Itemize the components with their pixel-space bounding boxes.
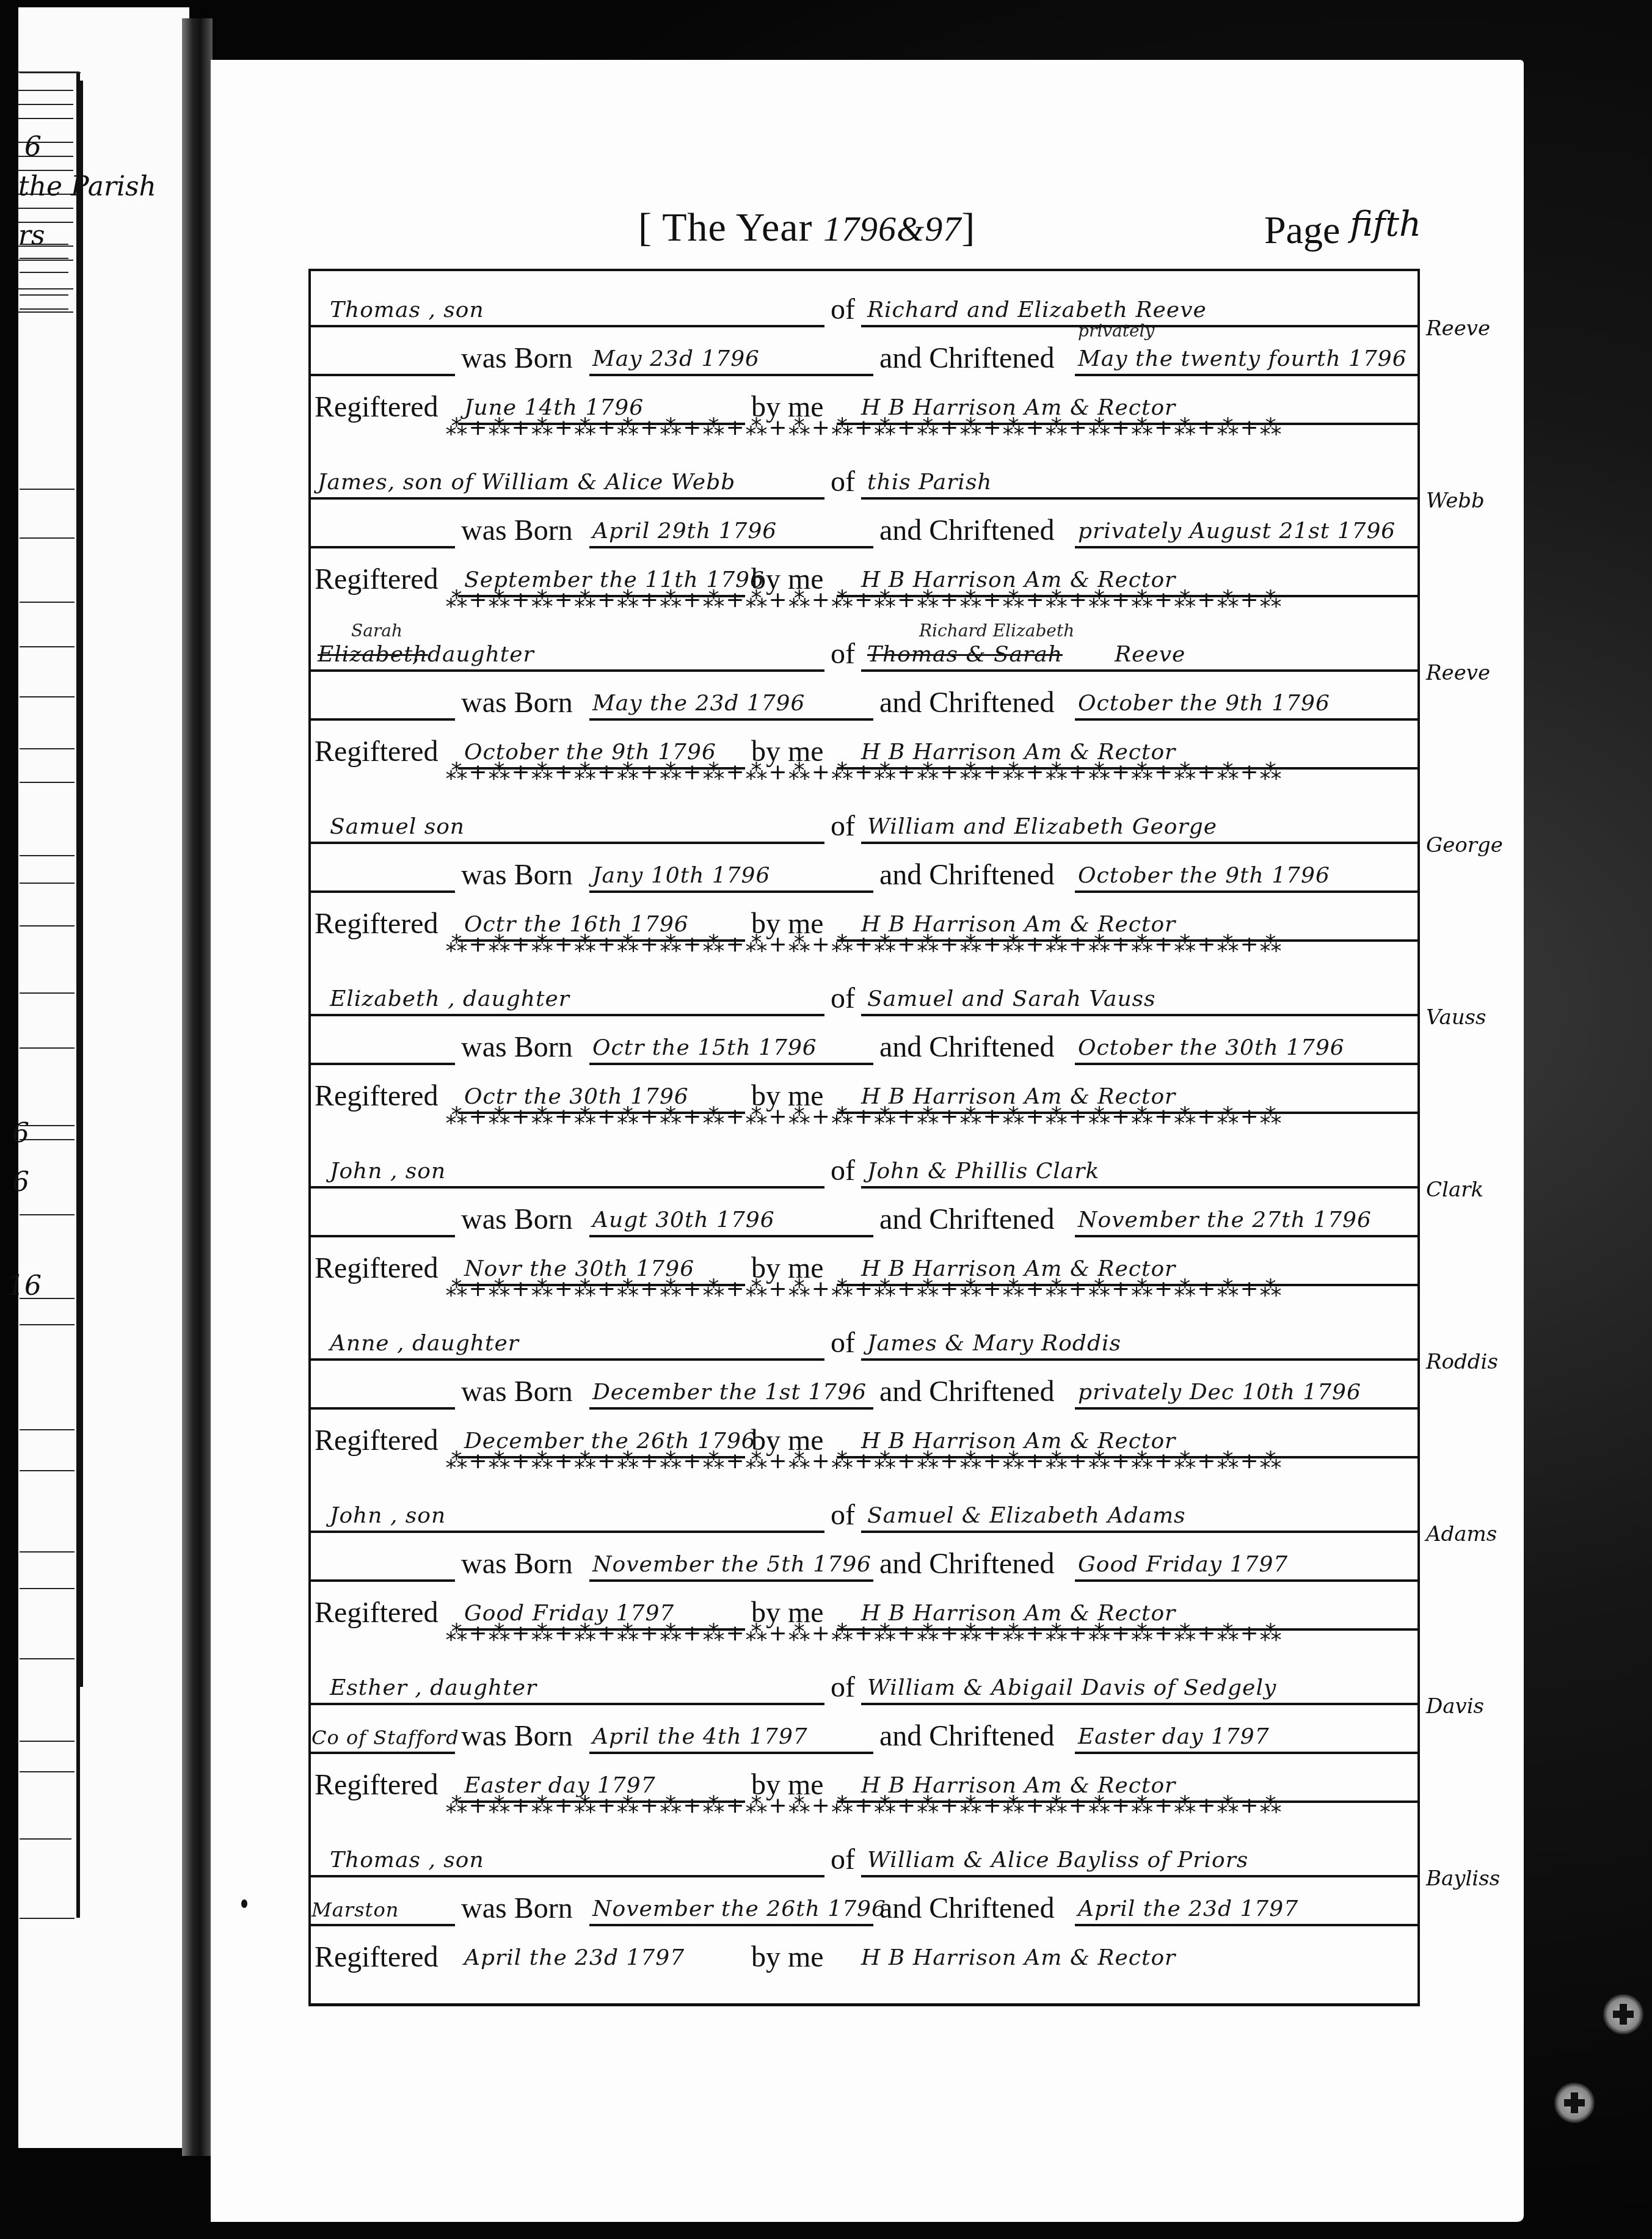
christening-date: October the 30th 1796 xyxy=(1078,1035,1345,1060)
parents-names: Richard and Elizabeth Reeve xyxy=(867,297,1207,322)
christening-date: privately August 21st 1796 xyxy=(1078,519,1395,544)
parents-correction: Richard Elizabeth xyxy=(919,621,1074,641)
register-entry: Sarah Elizabeth , daughter of Richard El… xyxy=(308,613,1420,785)
parents-names: John & Phillis Clark xyxy=(867,1159,1099,1184)
was-born-label: was Born xyxy=(461,1547,573,1581)
was-born-label: was Born xyxy=(461,858,573,892)
christening-date: October the 9th 1796 xyxy=(1078,691,1330,716)
was-born-label: was Born xyxy=(461,1375,573,1408)
was-born-label: was Born xyxy=(461,1030,573,1064)
child-name: , daughter xyxy=(412,642,534,667)
register-entry: Elizabeth , daughter of Samuel and Sarah… xyxy=(308,958,1420,1130)
entry-name-row: Thomas , son of Richard and Elizabeth Re… xyxy=(308,281,1420,330)
child-name-struck: Elizabeth xyxy=(318,642,428,667)
birth-date: Octr the 15th 1796 xyxy=(592,1035,817,1060)
register-entry: Esther , daughter of William & Abigail D… xyxy=(308,1647,1420,1819)
parents-names: Samuel & Elizabeth Adams xyxy=(867,1503,1186,1528)
margin-surname: Roddis xyxy=(1426,1350,1498,1374)
parents-names: William and Elizabeth George xyxy=(867,814,1217,839)
birth-date: Jany 10th 1796 xyxy=(592,863,770,888)
ornament-divider: ⁂+⁂+⁂+⁂+⁂+⁂+⁂+⁂+⁂+⁂+⁂+⁂+⁂+⁂+⁂+⁂+⁂+⁂+⁂+⁂ xyxy=(308,932,1420,957)
parents-underline xyxy=(861,669,1420,672)
parents-underline xyxy=(861,1014,1420,1016)
entry-name-row: Samuel son of William and Elizabeth Geor… xyxy=(308,798,1420,846)
birth-date-underline xyxy=(589,546,873,548)
register-entry: Samuel son of William and Elizabeth Geor… xyxy=(308,785,1420,958)
entry-registration-row: Regiftered April the 23d 1797 by me H B … xyxy=(308,1929,1420,1978)
prefix-underline xyxy=(308,374,455,376)
page-title: [ The Year 1796&97] xyxy=(638,205,975,251)
child-name-underline xyxy=(308,325,824,327)
binding-screw-icon xyxy=(1554,2083,1595,2123)
of-label: of xyxy=(831,293,855,326)
bracket-open: [ xyxy=(638,205,652,250)
entry-birth-row: Co of Stafford was Born April the 4th 17… xyxy=(308,1708,1420,1757)
left-page-note: 6 xyxy=(12,1167,29,1198)
bracket-close: ] xyxy=(961,205,975,250)
left-page-vertical-rule xyxy=(76,73,80,1918)
child-name-underline xyxy=(308,1014,824,1016)
was-born-label: was Born xyxy=(461,341,573,375)
was-born-label: was Born xyxy=(461,1891,573,1925)
child-name: Thomas , son xyxy=(330,1848,484,1873)
birth-date-underline xyxy=(589,1407,873,1410)
entry-name-row: James, son of William & Alice Webb of th… xyxy=(308,453,1420,502)
entry-name-row: Sarah Elizabeth , daughter of Richard El… xyxy=(308,625,1420,674)
christened-label: and Chriftened xyxy=(879,1547,1055,1581)
margin-surname: Reeve xyxy=(1426,316,1490,341)
of-label: of xyxy=(831,465,855,498)
entry-name-row: Anne , daughter of James & Mary Roddis xyxy=(308,1314,1420,1363)
entry-name-row: John , son of John & Phillis Clark xyxy=(308,1142,1420,1191)
christening-date-underline xyxy=(1075,1752,1420,1754)
left-page-note: the Parish xyxy=(18,171,156,202)
christened-label: and Chriftened xyxy=(879,1375,1055,1408)
child-name: John , son xyxy=(330,1159,446,1184)
child-name: Anne , daughter xyxy=(330,1331,519,1356)
was-born-label: was Born xyxy=(461,1719,573,1753)
entry-birth-row: was Born November the 5th 1796 and Chrif… xyxy=(308,1535,1420,1584)
ornament-divider: ⁂+⁂+⁂+⁂+⁂+⁂+⁂+⁂+⁂+⁂+⁂+⁂+⁂+⁂+⁂+⁂+⁂+⁂+⁂+⁂ xyxy=(308,1793,1420,1818)
birth-date-underline xyxy=(589,718,873,721)
christening-date-underline xyxy=(1075,1407,1420,1410)
birth-date-underline xyxy=(589,890,873,893)
child-name-underline xyxy=(308,1531,824,1533)
register-entry: Thomas , son of Richard and Elizabeth Re… xyxy=(308,269,1420,441)
child-name-underline xyxy=(308,1358,824,1361)
entry-name-row: John , son of Samuel & Elizabeth Adams xyxy=(308,1487,1420,1535)
left-page-note: 6 xyxy=(24,131,42,162)
title-prefix: The Year xyxy=(662,205,812,250)
birth-date: April the 4th 1797 xyxy=(592,1724,808,1749)
prefix-underline xyxy=(308,1407,455,1410)
child-name: Samuel son xyxy=(330,814,465,839)
left-page-rule xyxy=(18,260,73,261)
parents-surname: Reeve xyxy=(1115,642,1185,667)
christened-label: and Chriftened xyxy=(879,341,1055,375)
by-me-label: by me xyxy=(751,1940,824,1974)
entry-birth-row: was Born Augt 30th 1796 and Chriftened N… xyxy=(308,1191,1420,1240)
entry-birth-row: was Born December the 1st 1796 and Chrif… xyxy=(308,1363,1420,1412)
of-label: of xyxy=(831,1154,855,1187)
christening-date: Easter day 1797 xyxy=(1078,1724,1270,1749)
ornament-divider: ⁂+⁂+⁂+⁂+⁂+⁂+⁂+⁂+⁂+⁂+⁂+⁂+⁂+⁂+⁂+⁂+⁂+⁂+⁂+⁂ xyxy=(308,415,1420,440)
entry-birth-row: was Born Jany 10th 1796 and Chriftened O… xyxy=(308,846,1420,895)
christened-label: and Chriftened xyxy=(879,514,1055,547)
facing-page-left xyxy=(18,7,189,2148)
parents-underline xyxy=(861,1358,1420,1361)
of-label: of xyxy=(831,809,855,843)
christened-label: and Chriftened xyxy=(879,1030,1055,1064)
was-born-label: was Born xyxy=(461,686,573,719)
margin-surname: George xyxy=(1426,833,1503,857)
of-label: of xyxy=(831,981,855,1015)
christening-date: November the 27th 1796 xyxy=(1078,1207,1372,1232)
registration-date: April the 23d 1797 xyxy=(464,1945,685,1970)
christening-date: privately Dec 10th 1796 xyxy=(1078,1380,1361,1405)
birth-date: November the 5th 1796 xyxy=(592,1552,871,1577)
prefix-underline xyxy=(308,1924,455,1926)
left-page-note: 6 xyxy=(12,1118,29,1149)
christened-label: and Chriftened xyxy=(879,858,1055,892)
christening-date-underline xyxy=(1075,718,1420,721)
entry-birth-row: was Born Octr the 15th 1796 and Chriften… xyxy=(308,1019,1420,1068)
was-born-label: was Born xyxy=(461,1203,573,1236)
birth-date: May the 23d 1796 xyxy=(592,691,805,716)
christening-date-underline xyxy=(1075,374,1420,376)
entry-name-row: Elizabeth , daughter of Samuel and Sarah… xyxy=(308,970,1420,1019)
margin-surname: Bayliss xyxy=(1426,1866,1500,1891)
entry-birth-row: was Born April 29th 1796 and Chriftened … xyxy=(308,502,1420,551)
page-value: fifth xyxy=(1350,205,1421,244)
parents-names: Samuel and Sarah Vauss xyxy=(867,986,1156,1011)
parents-underline xyxy=(861,1186,1420,1189)
christened-label: and Chriftened xyxy=(879,1203,1055,1236)
prefix-underline xyxy=(308,1063,455,1065)
parents-underline xyxy=(861,1531,1420,1533)
child-name-underline xyxy=(308,1875,824,1877)
christened-label: and Chriftened xyxy=(879,1891,1055,1925)
parents-underline xyxy=(861,1875,1420,1877)
margin-surname: Clark xyxy=(1426,1178,1483,1202)
margin-surname: Vauss xyxy=(1426,1005,1486,1030)
was-born-label: was Born xyxy=(461,514,573,547)
of-label: of xyxy=(831,1670,855,1704)
entry-birth-row: Marston was Born November the 26th 1796 … xyxy=(308,1880,1420,1929)
parents-names: William & Abigail Davis of Sedgely xyxy=(867,1675,1276,1700)
parents-names: William & Alice Bayliss of Priors xyxy=(867,1848,1248,1873)
birth-date-underline xyxy=(589,1063,873,1065)
margin-surname: Webb xyxy=(1426,489,1485,513)
christening-date: October the 9th 1796 xyxy=(1078,863,1330,888)
child-name: John , son xyxy=(330,1503,446,1528)
child-name-underline xyxy=(308,669,824,672)
register-entry: Anne , daughter of James & Mary Roddis w… xyxy=(308,1302,1420,1474)
child-name-underline xyxy=(308,1703,824,1705)
entry-name-row: Thomas , son of William & Alice Bayliss … xyxy=(308,1831,1420,1880)
birth-date: May 23d 1796 xyxy=(592,346,760,371)
entry-birth-row: was Born May the 23d 1796 and Chriftened… xyxy=(308,674,1420,723)
prefix-underline xyxy=(308,890,455,893)
ornament-divider: ⁂+⁂+⁂+⁂+⁂+⁂+⁂+⁂+⁂+⁂+⁂+⁂+⁂+⁂+⁂+⁂+⁂+⁂+⁂+⁂ xyxy=(308,1449,1420,1474)
page-label: Page xyxy=(1264,208,1340,252)
birth-date-underline xyxy=(589,1924,873,1926)
ornament-divider: ⁂+⁂+⁂+⁂+⁂+⁂+⁂+⁂+⁂+⁂+⁂+⁂+⁂+⁂+⁂+⁂+⁂+⁂+⁂+⁂ xyxy=(308,1276,1420,1302)
child-name-correction: Sarah xyxy=(351,621,402,641)
christening-date-underline xyxy=(1075,1063,1420,1065)
left-page-note: 16 xyxy=(7,1270,42,1302)
child-name: Esther , daughter xyxy=(330,1675,537,1700)
ornament-divider: ⁂+⁂+⁂+⁂+⁂+⁂+⁂+⁂+⁂+⁂+⁂+⁂+⁂+⁂+⁂+⁂+⁂+⁂+⁂+⁂ xyxy=(308,760,1420,785)
child-name-underline xyxy=(308,1186,824,1189)
register-entry: John , son of Samuel & Elizabeth Adams w… xyxy=(308,1474,1420,1647)
left-page-note: rs xyxy=(18,220,45,251)
left-page-rule xyxy=(18,311,73,313)
birth-date-underline xyxy=(589,1579,873,1582)
of-label: of xyxy=(831,1326,855,1360)
birth-date-underline xyxy=(589,1752,873,1754)
parents-underline xyxy=(861,497,1420,500)
born-place-prefix: Co of Stafford xyxy=(311,1726,459,1749)
registrar-signature: H B Harrison Am & Rector xyxy=(861,1945,1176,1970)
ornament-divider: ⁂+⁂+⁂+⁂+⁂+⁂+⁂+⁂+⁂+⁂+⁂+⁂+⁂+⁂+⁂+⁂+⁂+⁂+⁂+⁂ xyxy=(308,1104,1420,1129)
christening-date: May the twenty fourth 1796 xyxy=(1078,346,1407,371)
christening-date-underline xyxy=(1075,546,1420,548)
of-label: of xyxy=(831,1498,855,1532)
prefix-underline xyxy=(308,718,455,721)
left-page-rule xyxy=(18,288,73,289)
birth-date: November the 26th 1796 xyxy=(592,1896,886,1921)
register-entry: Thomas , son of William & Alice Bayliss … xyxy=(308,1819,1420,1991)
birth-date-underline xyxy=(589,374,873,376)
prefix-underline xyxy=(308,1235,455,1237)
parents-underline xyxy=(861,842,1420,844)
of-label: of xyxy=(831,1843,855,1876)
christening-date-underline xyxy=(1075,890,1420,893)
book-gutter xyxy=(182,18,213,2156)
prefix-underline xyxy=(308,1752,455,1754)
christening-date: Good Friday 1797 xyxy=(1078,1552,1288,1577)
registered-label: Regiftered xyxy=(315,1940,438,1974)
of-label: of xyxy=(831,637,855,671)
binding-screw-icon xyxy=(1603,1994,1643,2034)
margin-surname: Davis xyxy=(1426,1694,1484,1719)
entry-name-row: Esther , daughter of William & Abigail D… xyxy=(308,1659,1420,1708)
parents-names: this Parish xyxy=(867,470,992,495)
parents-underline xyxy=(861,1703,1420,1705)
christening-date-underline xyxy=(1075,1235,1420,1237)
child-name: Elizabeth , daughter xyxy=(330,986,570,1011)
ink-speck xyxy=(241,1899,247,1908)
child-name-underline xyxy=(308,497,824,500)
parents-names: James & Mary Roddis xyxy=(867,1331,1121,1356)
birth-date: Augt 30th 1796 xyxy=(592,1207,775,1232)
birth-date: December the 1st 1796 xyxy=(592,1380,867,1405)
page-number: Page fifth xyxy=(1264,208,1421,253)
entry-birth-row: was Born May 23d 1796 and Chriftened pri… xyxy=(308,330,1420,379)
christening-date-underline xyxy=(1075,1924,1420,1926)
margin-surname: Reeve xyxy=(1426,661,1490,685)
child-name-underline xyxy=(308,842,824,844)
christening-date-underline xyxy=(1075,1579,1420,1582)
child-name: Thomas , son xyxy=(330,297,484,322)
christening-date: April the 23d 1797 xyxy=(1078,1896,1298,1921)
birth-date: April 29th 1796 xyxy=(592,519,777,544)
prefix-underline xyxy=(308,1579,455,1582)
child-name: James, son of William & Alice Webb xyxy=(318,470,735,495)
register-entry: John , son of John & Phillis Clark was B… xyxy=(308,1130,1420,1302)
birth-date-underline xyxy=(589,1235,873,1237)
title-year: 1796&97 xyxy=(823,209,961,249)
ornament-divider: ⁂+⁂+⁂+⁂+⁂+⁂+⁂+⁂+⁂+⁂+⁂+⁂+⁂+⁂+⁂+⁂+⁂+⁂+⁂+⁂ xyxy=(308,588,1420,613)
christened-note: privately xyxy=(1078,321,1154,341)
prefix-underline xyxy=(308,546,455,548)
margin-surname: Adams xyxy=(1426,1522,1497,1546)
christened-label: and Chriftened xyxy=(879,686,1055,719)
register-entry: James, son of William & Alice Webb of th… xyxy=(308,441,1420,613)
born-place-prefix: Marston xyxy=(311,1898,399,1921)
parents-struck: Thomas & Sarah xyxy=(867,642,1063,667)
ornament-divider: ⁂+⁂+⁂+⁂+⁂+⁂+⁂+⁂+⁂+⁂+⁂+⁂+⁂+⁂+⁂+⁂+⁂+⁂+⁂+⁂ xyxy=(308,1621,1420,1646)
christened-label: and Chriftened xyxy=(879,1719,1055,1753)
